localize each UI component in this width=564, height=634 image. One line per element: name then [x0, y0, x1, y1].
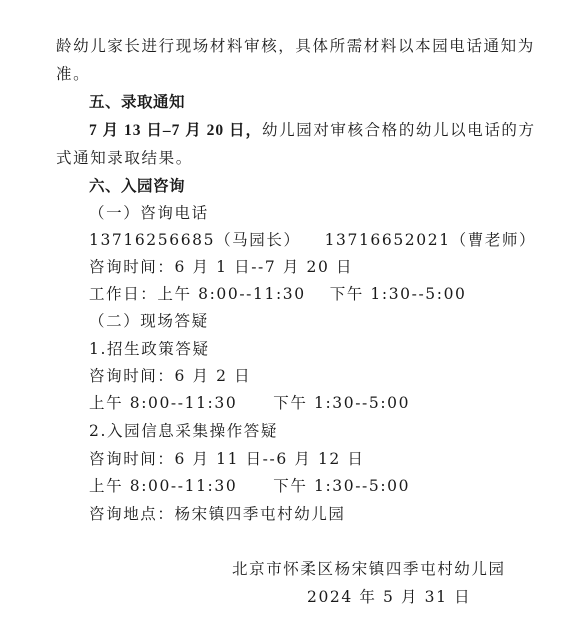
consult-location: 咨询地点：杨宋镇四季屯村幼儿园: [89, 504, 346, 524]
item-hours: 上午 8:00--11:30下午 1:30--5:00: [89, 393, 410, 413]
afternoon-hours: 下午 1:30--5:00: [273, 394, 410, 412]
signature-organization: 北京市怀柔区杨宋镇四季屯村幼儿园: [232, 559, 506, 579]
item-title: 2.入园信息采集操作答疑: [89, 421, 278, 441]
afternoon-hours: 下午 1:30--5:00: [273, 477, 410, 495]
afternoon-hours: 下午 1:30--5:00: [330, 285, 467, 303]
item-hours: 上午 8:00--11:30下午 1:30--5:00: [89, 476, 410, 496]
section-heading-consultation: 六、入园咨询: [89, 176, 185, 196]
morning-hours: 上午 8:00--11:30: [157, 285, 305, 303]
paragraph-line: 龄幼儿家长进行现场材料审核，具体所需材料以本园电话通知为: [56, 36, 535, 56]
workday-label: 工作日：: [89, 285, 157, 303]
item-time: 咨询时间：6 月 11 日--6 月 12 日: [89, 449, 365, 469]
item-title: 1.招生政策答疑: [89, 339, 210, 359]
admission-text: 幼儿园对审核合格的幼儿以电话的方: [262, 121, 536, 139]
admission-paragraph: 7 月 13 日–7 月 20 日，幼儿园对审核合格的幼儿以电话的方: [89, 120, 536, 141]
admission-dates: 7 月 13 日–7 月 20 日，: [89, 122, 262, 139]
item-time: 咨询时间：6 月 2 日: [89, 366, 251, 386]
subheading-onsite: （二）现场答疑: [89, 311, 209, 331]
phone-line: 13716256685（马园长）13716652021（曹老师）: [89, 230, 536, 250]
morning-hours: 上午 8:00--11:30: [89, 394, 237, 412]
paragraph-line: 式通知录取结果。: [56, 148, 193, 168]
phone-ma: 13716256685（马园长）: [89, 231, 301, 249]
subheading-phone: （一）咨询电话: [89, 203, 209, 223]
phone-cao: 13716652021（曹老师）: [325, 231, 537, 249]
paragraph-line: 准。: [56, 64, 90, 84]
consult-time: 咨询时间：6 月 1 日--7 月 20 日: [89, 257, 353, 277]
signature-date: 2024 年 5 月 31 日: [307, 587, 471, 607]
morning-hours: 上午 8:00--11:30: [89, 477, 237, 495]
section-heading-admission-notice: 五、录取通知: [89, 92, 185, 112]
workday-hours: 工作日：上午 8:00--11:30下午 1:30--5:00: [89, 284, 467, 304]
